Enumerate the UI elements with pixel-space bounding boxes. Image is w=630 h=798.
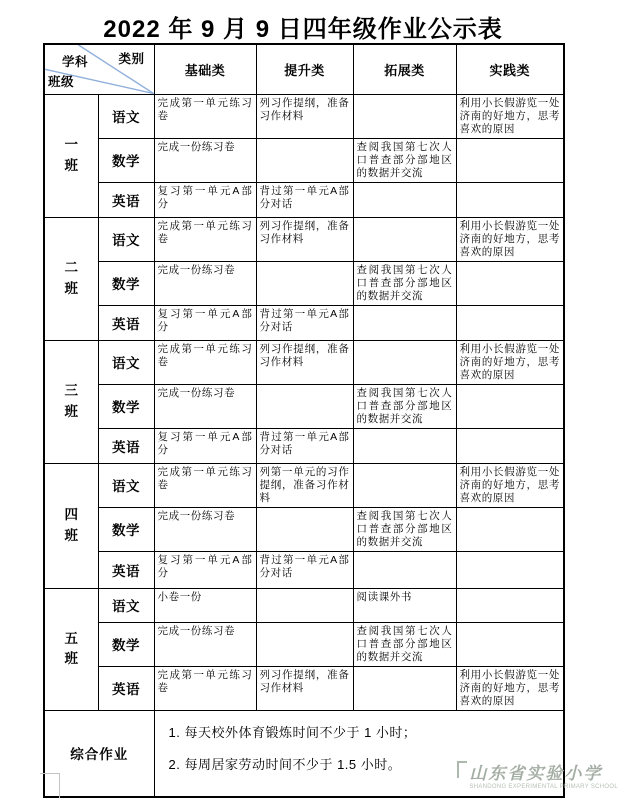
subject-label: 语文 <box>98 94 154 138</box>
page-boundary-corner-mark <box>40 773 60 798</box>
homework-cell: 复习第一单元A部分 <box>154 182 256 217</box>
homework-cell: 列习作提纲，准备习作材料 <box>256 340 353 384</box>
homework-cell: 利用小长假游览一处济南的好地方，思考喜欢的原因 <box>456 340 564 384</box>
homework-row: 二班语文完成第一单元练习卷列习作提纲，准备习作材料利用小长假游览一处济南的好地方… <box>44 217 564 261</box>
homework-cell: 完成第一单元练习卷 <box>154 463 256 507</box>
homework-cell <box>353 463 456 507</box>
class-label-text: 二班 <box>63 258 79 299</box>
homework-row: 三班语文完成第一单元练习卷列习作提纲，准备习作材料利用小长假游览一处济南的好地方… <box>44 340 564 384</box>
homework-cell: 背过第一单元A部分对话 <box>256 182 353 217</box>
watermark-bracket-icon <box>457 761 467 778</box>
column-header-expand: 拓展类 <box>353 44 456 94</box>
homework-cell: 利用小长假游览一处济南的好地方，思考喜欢的原因 <box>456 94 564 138</box>
class-label: 二班 <box>44 217 98 340</box>
table-header-row: 学科 类别 班级 基础类 提升类 拓展类 实践类 <box>44 44 564 94</box>
homework-cell: 查阅我国第七次人口普查部分部地区的数据并交流 <box>353 507 456 551</box>
homework-cell <box>353 94 456 138</box>
document-page: 2022 年 9 月 9 日四年级作业公示表 学科 类别 班级 基础类 提升类 <box>0 0 630 798</box>
homework-row: 数学完成一份练习卷查阅我国第七次人口普查部分部地区的数据并交流 <box>44 138 564 182</box>
homework-cell <box>256 138 353 182</box>
class-label-text: 四班 <box>63 505 79 546</box>
homework-cell: 查阅我国第七次人口普查部分部地区的数据并交流 <box>353 384 456 428</box>
homework-cell: 完成第一单元练习卷 <box>154 340 256 384</box>
subject-label: 语文 <box>98 463 154 507</box>
homework-cell <box>353 551 456 588</box>
homework-cell: 列第一单元的习作提纲，准备习作材料 <box>256 463 353 507</box>
school-watermark: 山东省实验小学 SHANDONG EXPERIMENTAL PRIMARY SC… <box>457 759 618 790</box>
homework-cell <box>456 261 564 305</box>
homework-cell: 阅读课外书 <box>353 588 456 622</box>
homework-cell: 背过第一单元A部分对话 <box>256 551 353 588</box>
homework-table: 学科 类别 班级 基础类 提升类 拓展类 实践类 一班语文完成第一单元练习卷列习… <box>43 43 565 798</box>
corner-class-label: 班级 <box>48 72 74 90</box>
homework-cell <box>256 507 353 551</box>
homework-cell <box>456 622 564 666</box>
homework-cell <box>456 384 564 428</box>
class-label-text: 三班 <box>63 381 79 422</box>
corner-header-cell: 学科 类别 班级 <box>44 44 154 94</box>
homework-cell: 背过第一单元A部分对话 <box>256 305 353 340</box>
class-label-text: 一班 <box>63 135 79 176</box>
class-label: 四班 <box>44 463 98 588</box>
homework-row: 数学完成一份练习卷查阅我国第七次人口普查部分部地区的数据并交流 <box>44 622 564 666</box>
homework-cell <box>456 551 564 588</box>
homework-row: 一班语文完成第一单元练习卷列习作提纲，准备习作材料利用小长假游览一处济南的好地方… <box>44 94 564 138</box>
homework-cell: 背过第一单元A部分对话 <box>256 428 353 463</box>
subject-label: 语文 <box>98 588 154 622</box>
homework-cell <box>353 666 456 710</box>
homework-cell: 完成第一单元练习卷 <box>154 217 256 261</box>
subject-label: 英语 <box>98 305 154 340</box>
homework-cell: 完成第一单元练习卷 <box>154 666 256 710</box>
homework-cell: 小卷一份 <box>154 588 256 622</box>
homework-cell: 列习作提纲，准备习作材料 <box>256 94 353 138</box>
homework-cell: 复习第一单元A部分 <box>154 305 256 340</box>
homework-cell: 查阅我国第七次人口普查部分部地区的数据并交流 <box>353 261 456 305</box>
homework-cell: 列习作提纲，准备习作材料 <box>256 666 353 710</box>
homework-cell <box>456 138 564 182</box>
class-label: 一班 <box>44 94 98 217</box>
watermark-school-name: 山东省实验小学 <box>469 759 618 784</box>
homework-cell: 利用小长假游览一处济南的好地方，思考喜欢的原因 <box>456 217 564 261</box>
corner-subject-label: 学科 <box>62 52 88 70</box>
homework-cell <box>353 182 456 217</box>
subject-label: 数学 <box>98 261 154 305</box>
homework-row: 英语复习第一单元A部分背过第一单元A部分对话 <box>44 305 564 340</box>
homework-cell: 完成一份练习卷 <box>154 261 256 305</box>
homework-cell: 利用小长假游览一处济南的好地方，思考喜欢的原因 <box>456 463 564 507</box>
homework-cell <box>456 507 564 551</box>
homework-cell: 完成一份练习卷 <box>154 384 256 428</box>
homework-cell <box>256 622 353 666</box>
class-label: 五班 <box>44 588 98 710</box>
homework-cell: 完成一份练习卷 <box>154 622 256 666</box>
homework-row: 英语完成第一单元练习卷列习作提纲，准备习作材料利用小长假游览一处济南的好地方，思… <box>44 666 564 710</box>
composite-item-1: 1. 每天校外体育锻炼时间不少于 1 小时； <box>169 722 558 741</box>
homework-cell: 完成一份练习卷 <box>154 507 256 551</box>
homework-row: 英语复习第一单元A部分背过第一单元A部分对话 <box>44 428 564 463</box>
subject-label: 数学 <box>98 138 154 182</box>
homework-row: 数学完成一份练习卷查阅我国第七次人口普查部分部地区的数据并交流 <box>44 507 564 551</box>
column-header-practice: 实践类 <box>456 44 564 94</box>
subject-label: 英语 <box>98 666 154 710</box>
homework-cell <box>256 384 353 428</box>
homework-cell: 完成一份练习卷 <box>154 138 256 182</box>
homework-cell <box>456 182 564 217</box>
homework-cell: 完成第一单元练习卷 <box>154 94 256 138</box>
homework-cell: 查阅我国第七次人口普查部分部地区的数据并交流 <box>353 622 456 666</box>
homework-row: 数学完成一份练习卷查阅我国第七次人口普查部分部地区的数据并交流 <box>44 261 564 305</box>
homework-cell: 查阅我国第七次人口普查部分部地区的数据并交流 <box>353 138 456 182</box>
corner-category-label: 类别 <box>118 49 144 67</box>
homework-cell: 复习第一单元A部分 <box>154 551 256 588</box>
watermark-school-name-en: SHANDONG EXPERIMENTAL PRIMARY SCHOOL <box>469 784 618 790</box>
class-label: 三班 <box>44 340 98 463</box>
homework-row: 数学完成一份练习卷查阅我国第七次人口普查部分部地区的数据并交流 <box>44 384 564 428</box>
subject-label: 数学 <box>98 507 154 551</box>
homework-cell <box>256 261 353 305</box>
subject-label: 英语 <box>98 551 154 588</box>
class-label-text: 五班 <box>63 629 79 670</box>
subject-label: 语文 <box>98 217 154 261</box>
subject-label: 英语 <box>98 428 154 463</box>
homework-cell: 复习第一单元A部分 <box>154 428 256 463</box>
homework-cell: 列习作提纲，准备习作材料 <box>256 217 353 261</box>
homework-cell <box>456 588 564 622</box>
subject-label: 英语 <box>98 182 154 217</box>
homework-cell <box>353 428 456 463</box>
homework-cell <box>456 305 564 340</box>
subject-label: 数学 <box>98 622 154 666</box>
homework-cell <box>353 340 456 384</box>
composite-homework-label: 综合作业 <box>44 710 154 797</box>
homework-cell <box>353 305 456 340</box>
homework-cell <box>256 588 353 622</box>
homework-cell <box>353 217 456 261</box>
page-title: 2022 年 9 月 9 日四年级作业公示表 <box>43 9 563 44</box>
column-header-basic: 基础类 <box>154 44 256 94</box>
homework-row: 四班语文完成第一单元练习卷列第一单元的习作提纲，准备习作材料利用小长假游览一处济… <box>44 463 564 507</box>
homework-row: 英语复习第一单元A部分背过第一单元A部分对话 <box>44 182 564 217</box>
subject-label: 语文 <box>98 340 154 384</box>
homework-row: 英语复习第一单元A部分背过第一单元A部分对话 <box>44 551 564 588</box>
column-header-improve: 提升类 <box>256 44 353 94</box>
homework-cell <box>456 428 564 463</box>
table-body: 一班语文完成第一单元练习卷列习作提纲，准备习作材料利用小长假游览一处济南的好地方… <box>44 94 564 797</box>
subject-label: 数学 <box>98 384 154 428</box>
homework-cell: 利用小长假游览一处济南的好地方，思考喜欢的原因 <box>456 666 564 710</box>
homework-row: 五班语文小卷一份阅读课外书 <box>44 588 564 622</box>
